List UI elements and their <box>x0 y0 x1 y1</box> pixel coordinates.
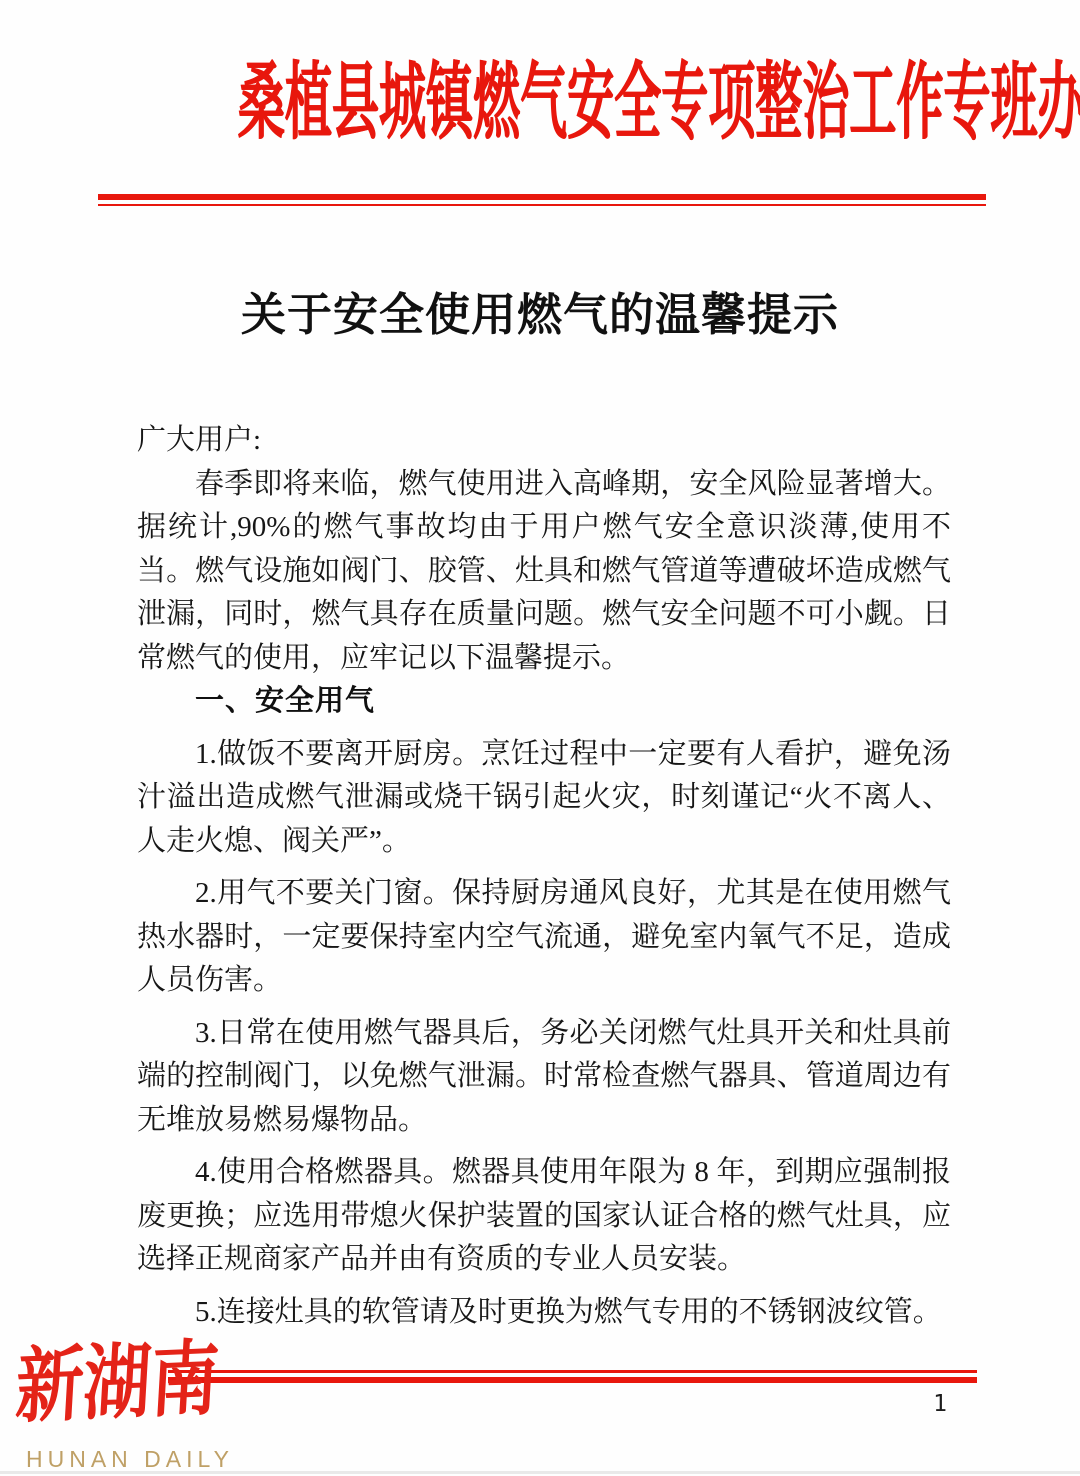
tip-item-5: 5.连接灶具的软管请及时更换为燃气专用的不锈钢波纹管。 <box>137 1291 951 1335</box>
tip-item-4: 4.使用合格燃器具。燃器具使用年限为 8 年，到期应强制报废更换；应选用带熄火保… <box>137 1151 951 1282</box>
intro-paragraph: 春季即将来临，燃气使用进入高峰期，安全风险显著增大。据统计,90%的燃气事故均由… <box>137 463 951 681</box>
scan-bottom-edge <box>0 1471 1080 1474</box>
footer-rule-thick <box>168 1377 977 1383</box>
hunan-daily-logo-english: HUNAN DAILY <box>26 1446 234 1472</box>
salutation: 广大用户: <box>137 419 951 463</box>
footer-rule-thin <box>168 1370 977 1373</box>
tip-item-3: 3.日常在使用燃气器具后，务必关闭燃气灶具开关和灶具前端的控制阀门，以免燃气泄漏… <box>137 1012 951 1143</box>
letterhead-rule-thick <box>98 194 986 200</box>
letterhead-rule-thin <box>98 204 986 206</box>
tip-item-2: 2.用气不要关门窗。保持厨房通风良好，尤其是在使用燃气热水器时，一定要保持室内空… <box>137 872 951 1003</box>
hunan-daily-logo-chinese: 新湖南 <box>13 1329 221 1438</box>
document-title: 关于安全使用燃气的温馨提示 <box>0 286 1080 344</box>
letterhead-org-name: 桑植县城镇燃气安全专项整治工作专班办公室 <box>238 52 843 156</box>
document-page: 桑植县城镇燃气安全专项整治工作专班办公室 关于安全使用燃气的温馨提示 广大用户:… <box>0 0 1080 1476</box>
document-body: 广大用户: 春季即将来临，燃气使用进入高峰期，安全风险显著增大。据统计,90%的… <box>137 419 951 1334</box>
section-heading-safe-gas-use: 一、安全用气 <box>137 680 951 724</box>
tip-item-1: 1.做饭不要离开厨房。烹饪过程中一定要有人看护，避免汤汁溢出造成燃气泄漏或烧干锅… <box>137 733 951 864</box>
page-number: 1 <box>918 1390 962 1418</box>
